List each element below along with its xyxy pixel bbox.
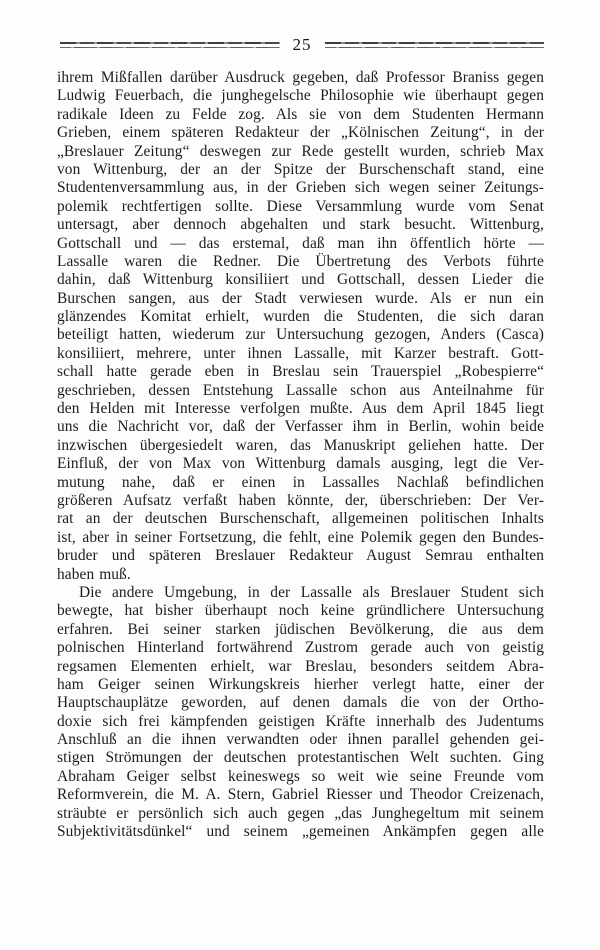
text-line: Einfluß, der von Max von Wittenburg dama…	[57, 455, 544, 473]
text-line: untersagt, aber dennoch abgehalten und s…	[57, 216, 544, 234]
text-line: Reformverein, die M. A. Stern, Gabriel R…	[57, 786, 544, 804]
book-page: 25 ihrem Mißfallen darüber Ausdruck gege…	[0, 0, 600, 950]
text-line: uns die Nachricht vor, daß der Verfasser…	[57, 418, 544, 436]
text-line: Ludwig Feuerbach, die junghegelsche Phil…	[57, 87, 544, 105]
body-text: ihrem Mißfallen darüber Ausdruck gegeben…	[57, 69, 544, 841]
text-line: Gottschall und — das erstemal, daß man i…	[57, 235, 544, 253]
text-line: bruder und späteren Breslauer Redakteur …	[57, 547, 544, 565]
text-line: Abraham Geiger selbst keineswegs so weit…	[57, 768, 544, 786]
text-line: schall hatte gerade eben in Breslau sein…	[57, 363, 544, 381]
text-line: inzwischen übergesiedelt waren, das Manu…	[57, 437, 544, 455]
text-line: Hauptschauplätze geworden, auf denen dam…	[57, 694, 544, 712]
text-line: polnischen Hinterland fortwährend Zustro…	[57, 639, 544, 657]
header-rule-left	[60, 42, 280, 48]
text-line: den Helden mit Interesse verfolgen mußte…	[57, 400, 544, 418]
text-line: Studentenversammlung aus, in der Grieben…	[57, 179, 544, 197]
text-line: bewegte, hat bisher überhaupt noch keine…	[57, 602, 544, 620]
text-line: haben muß.	[57, 566, 544, 584]
text-line: mutung nahe, daß er einen in Lassalles N…	[57, 474, 544, 492]
text-line: beteiligt hatten, wiederum zur Untersuch…	[57, 326, 544, 344]
text-line: ist, aber in seiner Fortsetzung, die feh…	[57, 529, 544, 547]
text-line: größeren Aufsatz verfaßt haben könnte, d…	[57, 492, 544, 510]
page-header: 25	[60, 36, 544, 54]
text-line: ham Geiger seinen Wirkungskreis hierher …	[57, 676, 544, 694]
text-line: polemik rechtfertigen sollte. Diese Vers…	[57, 198, 544, 216]
text-line: glänzendes Komitat erhielt, wurden die S…	[57, 308, 544, 326]
text-line: geschrieben, dessen Entstehung Lassalle …	[57, 382, 544, 400]
text-line: stigen Strömungen der deutschen protesta…	[57, 749, 544, 767]
text-line: Die andere Umgebung, in der Lassalle als…	[57, 584, 544, 602]
text-line: erfahren. Bei seiner starken jüdischen B…	[57, 621, 544, 639]
text-line: Anschluß an die ihnen verwandten oder ih…	[57, 731, 544, 749]
text-line: Grieben, einem späteren Redakteur der „K…	[57, 124, 544, 142]
text-line: sträubte er persönlich sich auch gegen „…	[57, 805, 544, 823]
text-line: dahin, daß Wittenburg konsiliiert und Go…	[57, 271, 544, 289]
text-line: Lassalle waren die Redner. Die Übertretu…	[57, 253, 544, 271]
text-line: konsiliiert, mehrere, unter ihnen Lassal…	[57, 345, 544, 363]
text-line: von Wittenburg, der an der Spitze der Bu…	[57, 161, 544, 179]
page-number: 25	[280, 35, 325, 55]
text-line: Burschen sangen, aus der Stadt verwiesen…	[57, 290, 544, 308]
text-line: „Breslauer Zeitung“ deswegen zur Rede ge…	[57, 143, 544, 161]
text-line: ihrem Mißfallen darüber Ausdruck gegeben…	[57, 69, 544, 87]
header-rule-right	[325, 42, 545, 48]
text-line: doxie sich frei kämpfenden geistigen Krä…	[57, 713, 544, 731]
text-line: regsamen Elementen erhielt, war Breslau,…	[57, 658, 544, 676]
text-line: radikale Ideen zu Felde zog. Als sie von…	[57, 106, 544, 124]
text-line: rat an der deutschen Burschenschaft, all…	[57, 510, 544, 528]
text-line: Subjektivitätsdünkel“ und seinem „gemein…	[57, 823, 544, 841]
